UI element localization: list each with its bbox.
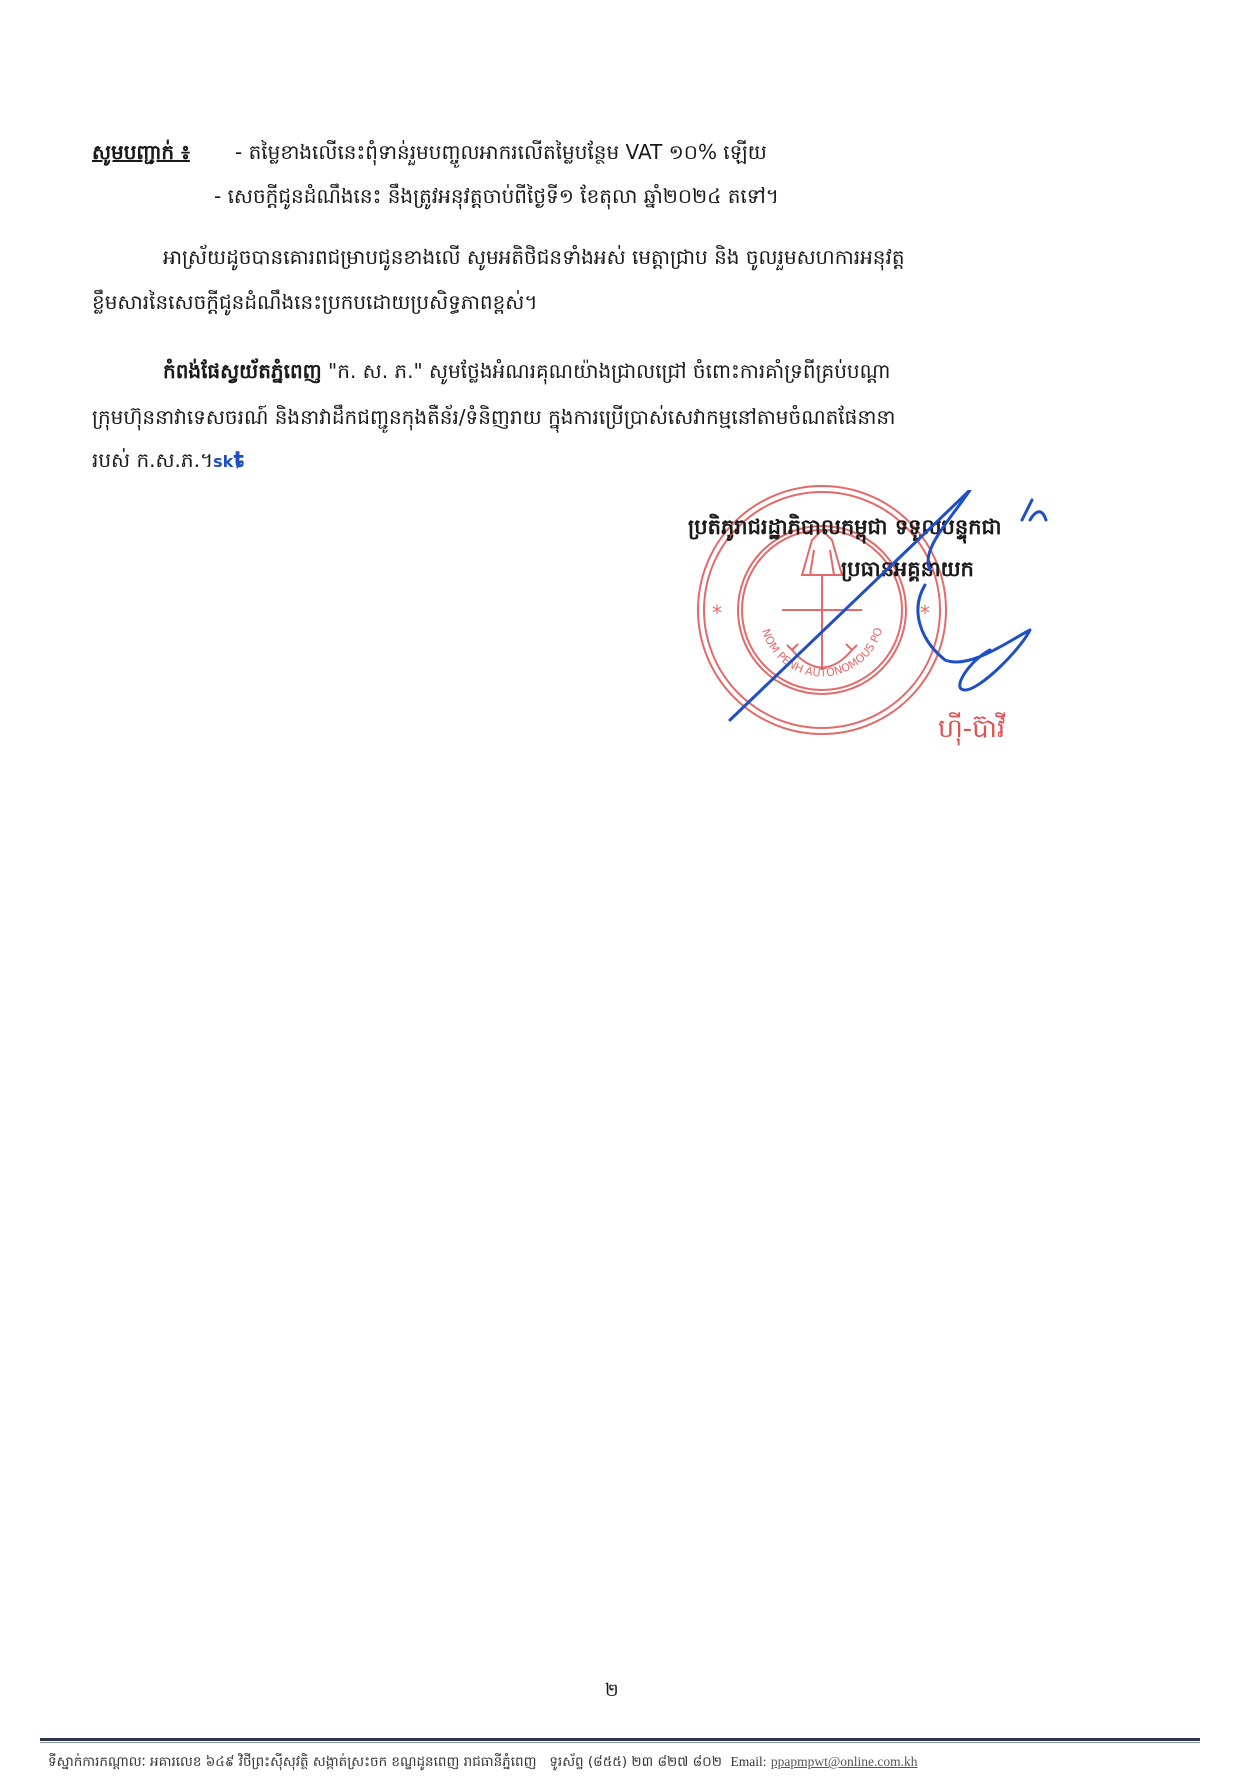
initial-mark-icon: ȶ [233, 448, 244, 473]
footer-phone: ទូរស័ព្ទ (៨៥៥) ២៣ ៨២៧ ៨០២ [549, 1754, 722, 1770]
page-number: ២ [605, 1677, 619, 1705]
paragraph-2-line-3: របស់ ក.ស.ភ.។skȶ [92, 446, 245, 476]
paragraph-1-line-1: អាស្រ័យដូចបានគោរពជម្រាបជូនខាងលើ សូមអតិថិ… [163, 243, 905, 271]
signatory-name: ហ៊ី-ប៊ាវី [938, 715, 1005, 743]
footer-contact: ទីស្នាក់ការកណ្តាលៈ អគារលេខ ៦៤៩ វិថីព្រះស… [48, 1748, 918, 1776]
paragraph-2-line-3-text: របស់ ក.ស.ភ.។ [92, 448, 213, 472]
paragraph-2-line-1: កំពង់ផែស្វយ័តភ្នំពេញ "ក. ស. ភ." សូមថ្លែង… [163, 357, 890, 385]
footer-email-link[interactable]: ppapmpwt@online.com.kh [771, 1754, 918, 1769]
handwritten-signature-icon [720, 490, 1060, 730]
paragraph-1-line-2: ខ្លឹមសារនៃសេចក្តីជូនដំណឹងនេះប្រកបដោយប្រស… [92, 288, 538, 316]
organization-name: កំពង់ផែស្វយ័តភ្នំពេញ [163, 359, 322, 383]
note-label: សូមបញ្ជាក់ ៖ [92, 138, 190, 166]
handwritten-initials: sk [213, 452, 233, 471]
footer-address: ទីស្នាក់ការកណ្តាលៈ អគារលេខ ៦៤៩ វិថីព្រះស… [48, 1754, 536, 1770]
footer-divider [40, 1738, 1200, 1741]
footer-email-label: Email: [731, 1754, 767, 1769]
note-effective-date-line: - សេចក្តីជូនដំណឹងនេះ នឹងត្រូវអនុវត្តចាប់… [214, 182, 779, 210]
note-vat-line: - តម្លៃខាងលើនេះពុំទាន់រួមបញ្ចូលអាករលើតម្… [235, 138, 767, 166]
paragraph-2-line-2: ក្រុមហ៊ុននាវាទេសចរណ៍ និងនាវាដឹកជញ្ជូនកុង… [92, 403, 895, 431]
footer-divider-thin [40, 1742, 1200, 1743]
paragraph-2-line-1-rest: "ក. ស. ភ." សូមថ្លែងអំណរគុណយ៉ាងជ្រាលជ្រៅ … [322, 359, 891, 383]
